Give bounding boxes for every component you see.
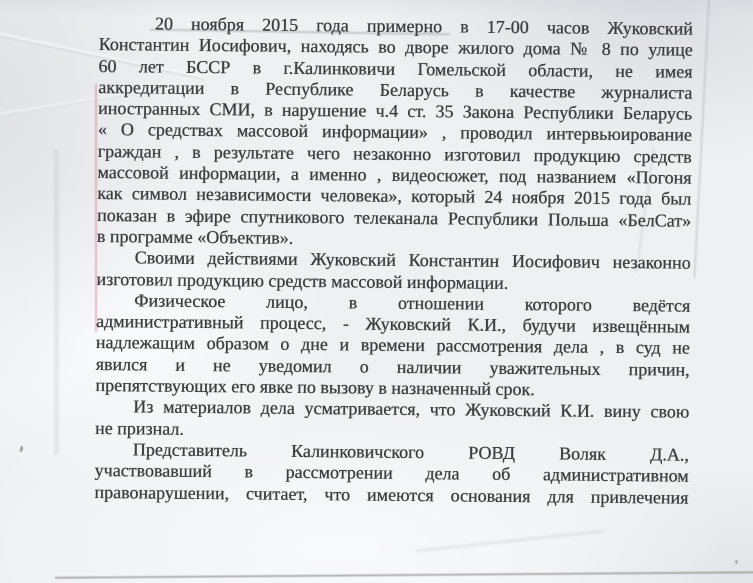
paragraph-guilt: Из материалов дела усматривается, что Жу… [95, 396, 689, 444]
ink-speck [735, 560, 738, 564]
paragraph-incident: 20 ноября 2015 года примерно в 17-00 час… [97, 13, 693, 253]
paper-crease [693, 0, 710, 278]
document-text: 20 ноября 2015 года примерно в 17-00 час… [94, 13, 693, 509]
paper-crease [415, 530, 604, 552]
paragraph-absence: Физическое лицо, в отношении которого ве… [95, 290, 690, 402]
paragraph-representative: Представитель Калинковичского РОВД Воляк… [94, 439, 689, 509]
paper-crease [55, 150, 58, 455]
paragraph-conclusion: Своими действиями Жуковский Константин И… [96, 247, 690, 295]
paper-sheet: 20 ноября 2015 года примерно в 17-00 час… [0, 0, 753, 583]
ink-speck [19, 446, 23, 453]
paper-edge-shadow [55, 571, 753, 579]
scanned-document-photo: 20 ноября 2015 года примерно в 17-00 час… [0, 0, 753, 583]
